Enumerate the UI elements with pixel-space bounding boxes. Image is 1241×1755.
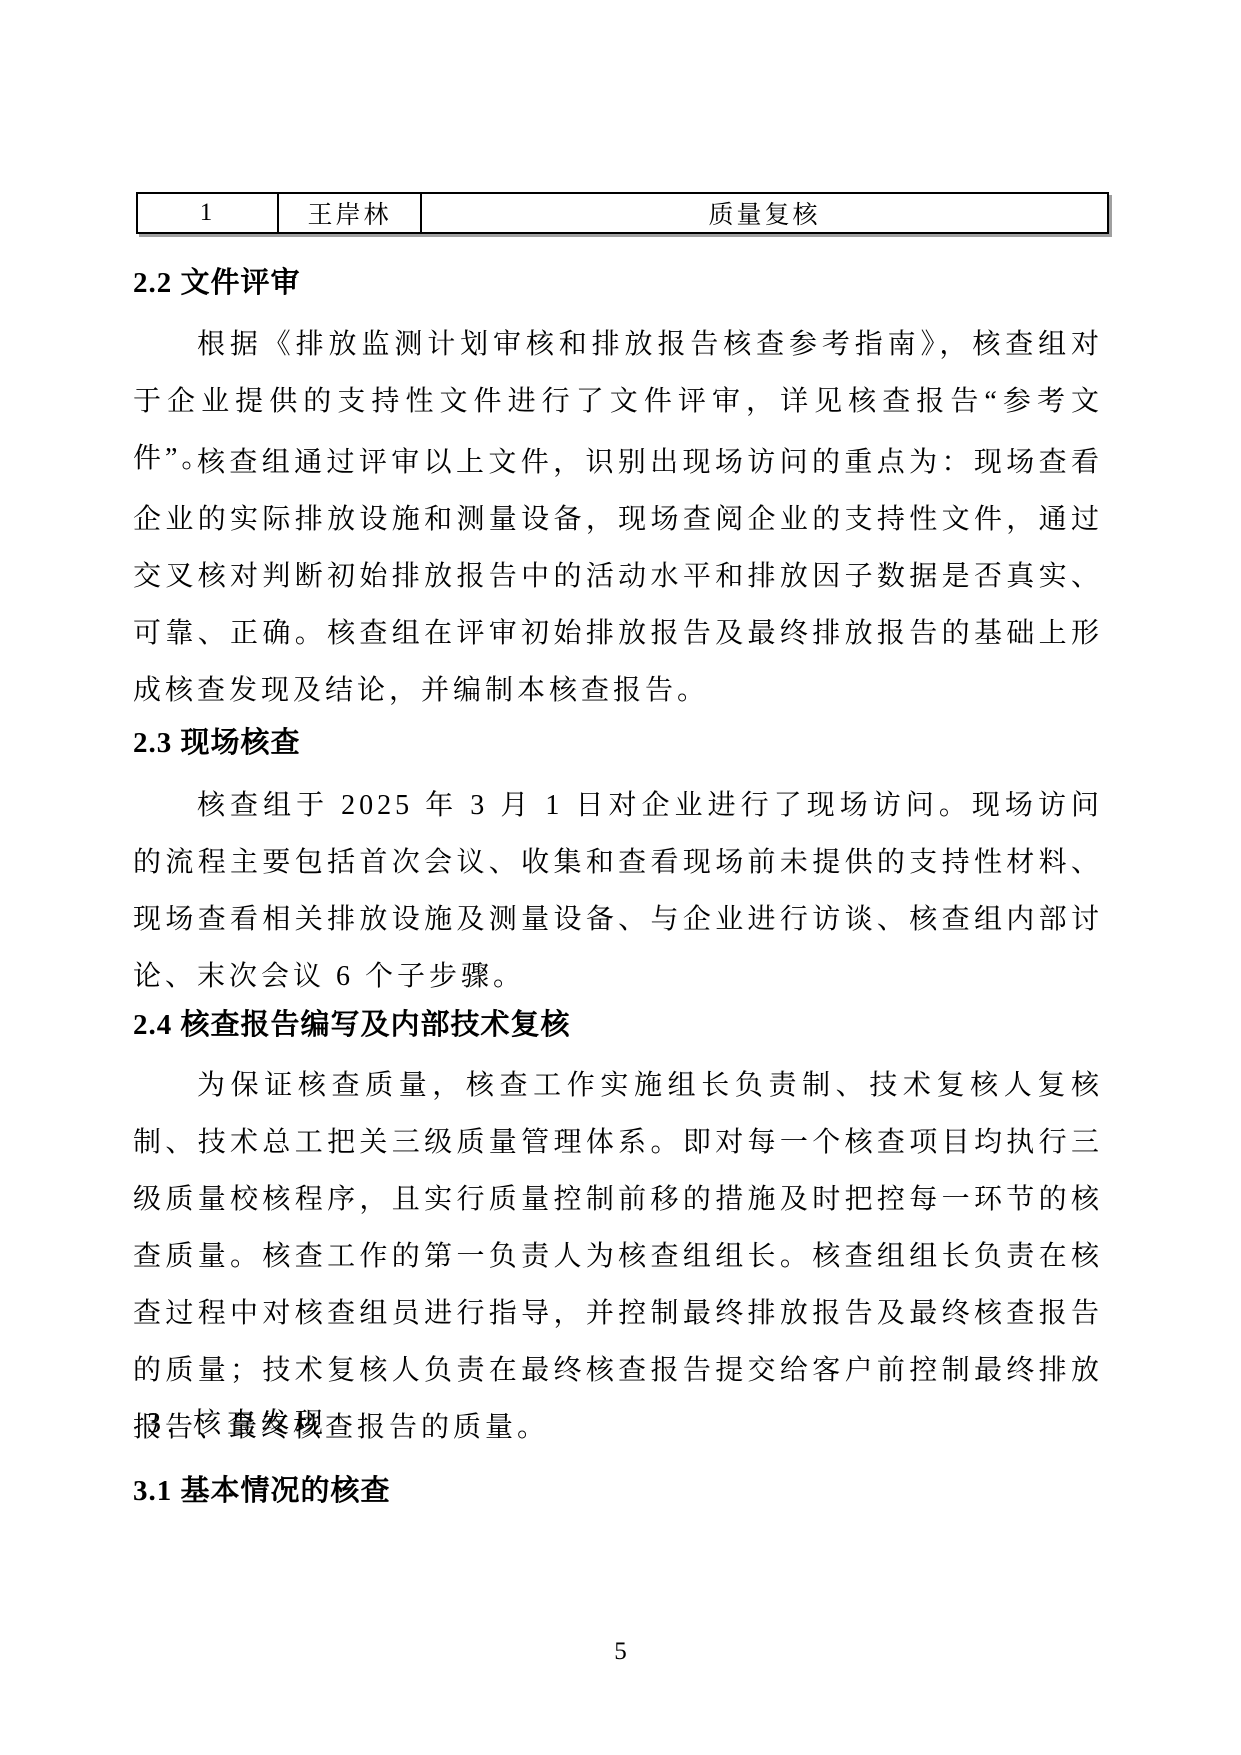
table-row: 1 王岸林 质量复核	[137, 193, 1108, 233]
page-number: 5	[0, 1638, 1241, 1666]
paragraph-onsite-visit: 核查组于 2025 年 3 月 1 日对企业进行了现场访问。现场访问的流程主要包…	[133, 777, 1103, 1005]
paragraph-document-review-2: 核查组通过评审以上文件，识别出现场访问的重点为：现场查看企业的实际排放设施和测量…	[133, 434, 1103, 719]
heading-3-verification-findings: 3. 核查发现	[133, 1404, 1117, 1444]
heading-2-3-onsite-verification: 2.3 现场核查	[133, 726, 1103, 761]
personnel-table: 1 王岸林 质量复核	[136, 192, 1109, 234]
table-cell-name: 王岸林	[278, 193, 421, 233]
table-cell-index: 1	[137, 193, 278, 233]
document-page: 1 王岸林 质量复核 2.2 文件评审 根据《排放监测计划审核和排放报告核查参考…	[0, 0, 1241, 1755]
heading-3-1-basic-situation: 3.1 基本情况的核查	[133, 1474, 1103, 1509]
table-cell-role: 质量复核	[421, 193, 1108, 233]
heading-2-4-report-writing-review: 2.4 核查报告编写及内部技术复核	[133, 1008, 1103, 1043]
paragraph-quality-control: 为保证核查质量，核查工作实施组长负责制、技术复核人复核制、技术总工把关三级质量管…	[133, 1057, 1103, 1456]
heading-2-2-document-review: 2.2 文件评审	[133, 266, 1103, 301]
